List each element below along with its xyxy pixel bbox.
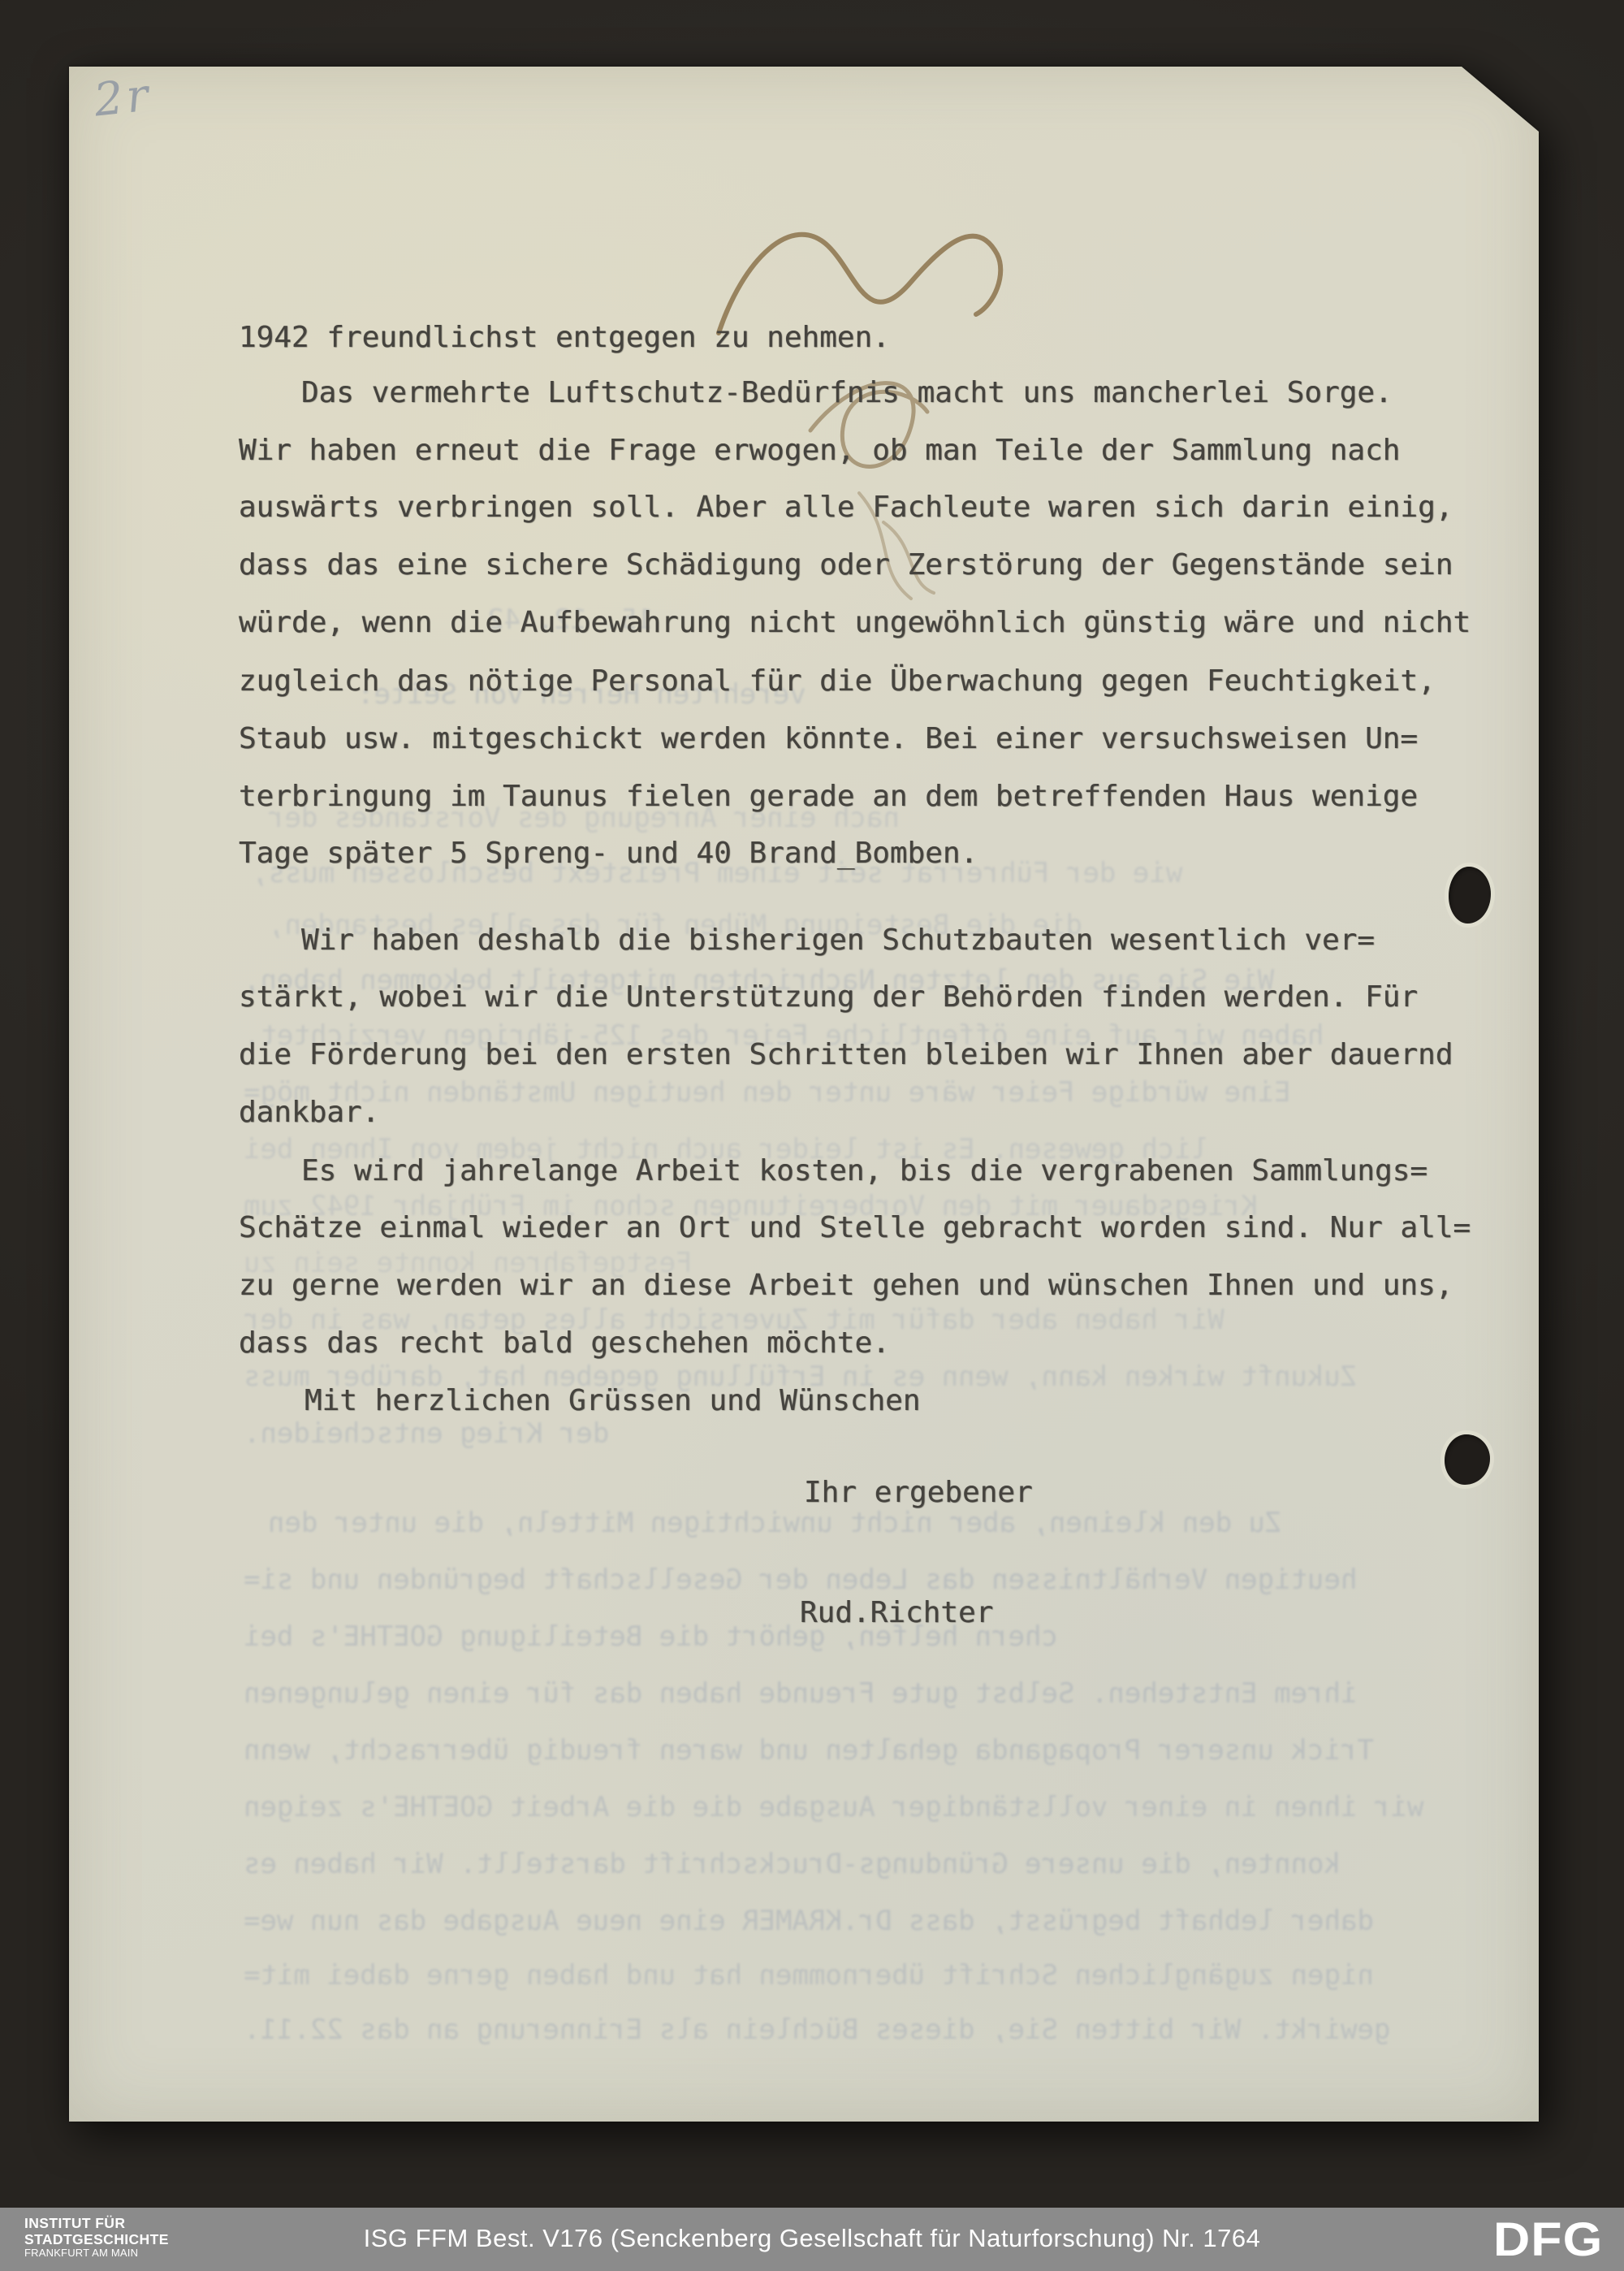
- caption-bar: INSTITUT FÜR STADTGESCHICHTE FRANKFURT A…: [0, 2208, 1624, 2271]
- dfg-logo: DFG: [1493, 2213, 1603, 2267]
- archive-scan-viewer: 2r 15. 12. 42verehrten Herren von Seite:…: [0, 0, 1624, 2271]
- paper-sheet: [69, 67, 1539, 2122]
- archive-reference: ISG FFM Best. V176 (Senckenberg Gesellsc…: [0, 2224, 1624, 2253]
- document-page: [69, 67, 1539, 2122]
